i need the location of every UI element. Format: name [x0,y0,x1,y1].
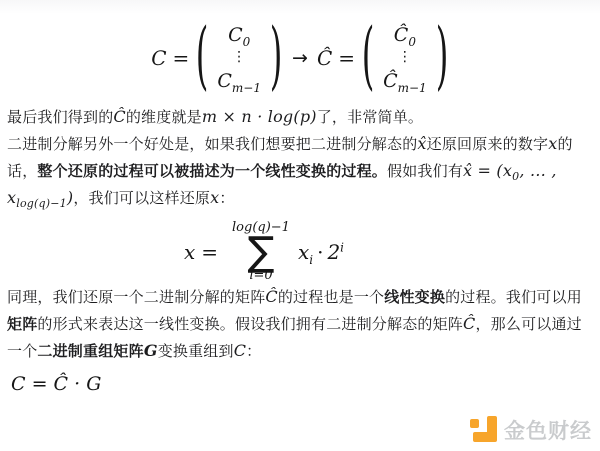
left-paren: ( [196,21,209,95]
sum-power-term: 2i [327,240,344,264]
sum-lhs: x [184,240,195,264]
equals-sign: = [173,46,190,70]
paragraph-matrix-recombine: 同理，我们还原一个二进制分解的矩阵Ĉ的过程也是一个线性变换的过程。我们可以用矩阵… [7,284,593,365]
watermark-brand-text: 金色财经 [504,415,592,445]
equals-sign: = [338,46,355,70]
column-vector-c-hat: Ĉ0 ⋮ Ĉm−1 [377,24,433,91]
watermark-golden-finance: 金色财经 [470,415,592,445]
paragraph-binary-recover: 二进制分解另外一个好处是，如果我们想要把二进制分解态的x̂还原回原来的数字x的话… [7,131,593,212]
multiplication-dot: · [317,240,323,264]
formula-lhs: C [151,46,166,70]
article-content: C = ( C0 ⋮ Cm−1 ) → Ĉ = ( Ĉ0 ⋮ Ĉm−1 ) 最后… [0,12,600,395]
matrix-decomposition-formula: C = ( C0 ⋮ Cm−1 ) → Ĉ = ( Ĉ0 ⋮ Ĉm−1 ) [7,12,593,104]
recombination-formula: C = Ĉ · G [11,373,593,395]
sum-term: xi [298,240,313,264]
arrow-right: → [292,47,308,69]
vertical-dots: ⋮ [232,52,246,63]
sigma-icon: ∑ [248,235,275,269]
vertical-dots: ⋮ [398,52,412,63]
summation-formula: x = log(q)−1 ∑ i=0 xi · 2i [0,220,557,284]
logo-dot [470,419,479,428]
column-vector-c: C0 ⋮ Cm−1 [211,24,267,91]
sum-lower-limit: i=0 [249,269,272,283]
formula-rhs: Ĉ [317,46,332,70]
sigma-with-limits: log(q)−1 ∑ i=0 [232,221,290,284]
equals-sign: = [201,240,218,264]
paragraph-dimension: 最后我们得到的Ĉ的维度就是m × n · log(p)了，非常简单。 [7,104,593,131]
right-paren: ) [435,21,448,95]
logo-horizontal-bar [473,432,490,442]
left-paren: ( [362,21,375,95]
golden-finance-logo-icon [470,416,497,444]
right-paren: ) [270,21,283,95]
